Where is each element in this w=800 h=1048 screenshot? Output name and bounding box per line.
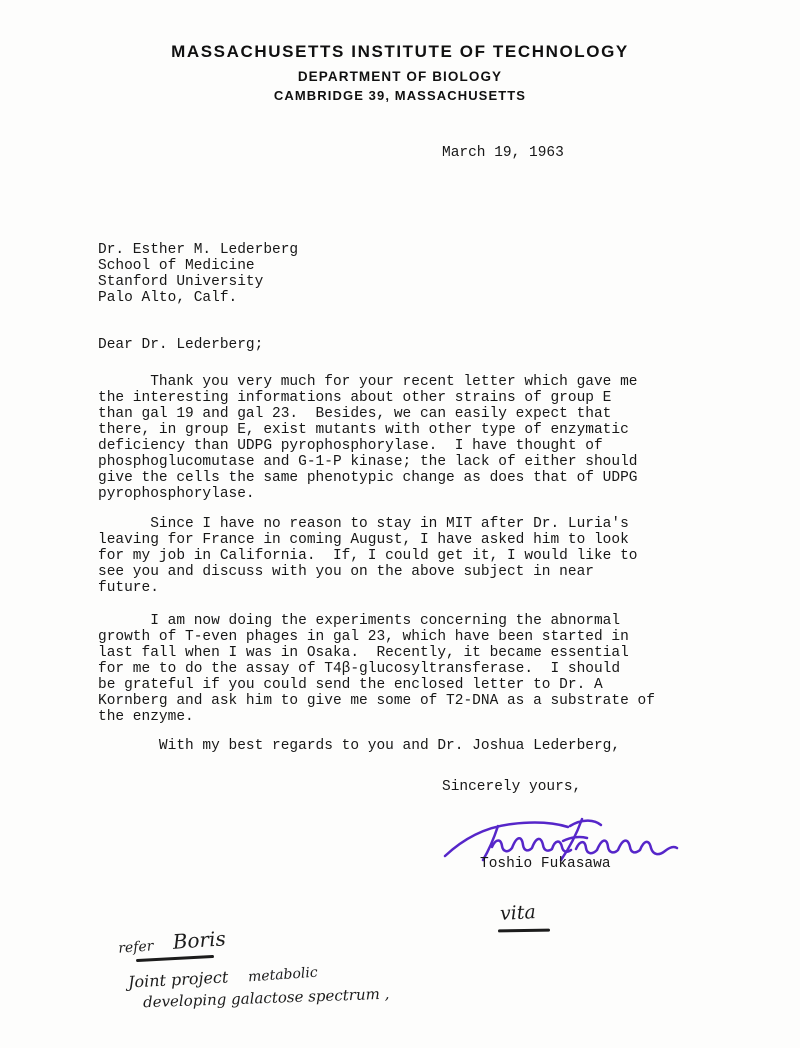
letterhead: MASSACHUSETTS INSTITUTE OF TECHNOLOGY DE… bbox=[0, 42, 800, 103]
boris-underline bbox=[136, 955, 214, 962]
closing-line: Sincerely yours, bbox=[442, 779, 581, 795]
annotation-refer: refer bbox=[118, 938, 154, 956]
letter-page: MASSACHUSETTS INSTITUTE OF TECHNOLOGY DE… bbox=[0, 0, 800, 1048]
letterhead-department: DEPARTMENT OF BIOLOGY bbox=[0, 69, 800, 84]
typed-signer-name: Toshio Fukasawa bbox=[480, 856, 611, 872]
letterhead-address: CAMBRIDGE 39, MASSACHUSETTS bbox=[0, 88, 800, 103]
annotation-boris: Boris bbox=[172, 926, 227, 954]
body-paragraph-1: Thank you very much for your recent lett… bbox=[98, 374, 638, 502]
annotation-vita: vita bbox=[499, 901, 536, 925]
date-line: March 19, 1963 bbox=[442, 145, 564, 161]
body-paragraph-3: I am now doing the experiments concernin… bbox=[98, 613, 655, 725]
vita-underline bbox=[498, 929, 550, 932]
body-paragraph-2: Since I have no reason to stay in MIT af… bbox=[98, 516, 638, 596]
regards-line: With my best regards to you and Dr. Josh… bbox=[98, 738, 620, 754]
salutation: Dear Dr. Lederberg; bbox=[98, 337, 263, 353]
annotation-metabolic: metabolic bbox=[248, 965, 319, 986]
letterhead-institution: MASSACHUSETTS INSTITUTE OF TECHNOLOGY bbox=[0, 42, 800, 62]
recipient-address: Dr. Esther M. Lederberg School of Medici… bbox=[98, 242, 298, 306]
annotation-joint-project: Joint project bbox=[128, 967, 229, 991]
annotation-refer-boris: refer Boris bbox=[117, 926, 226, 957]
